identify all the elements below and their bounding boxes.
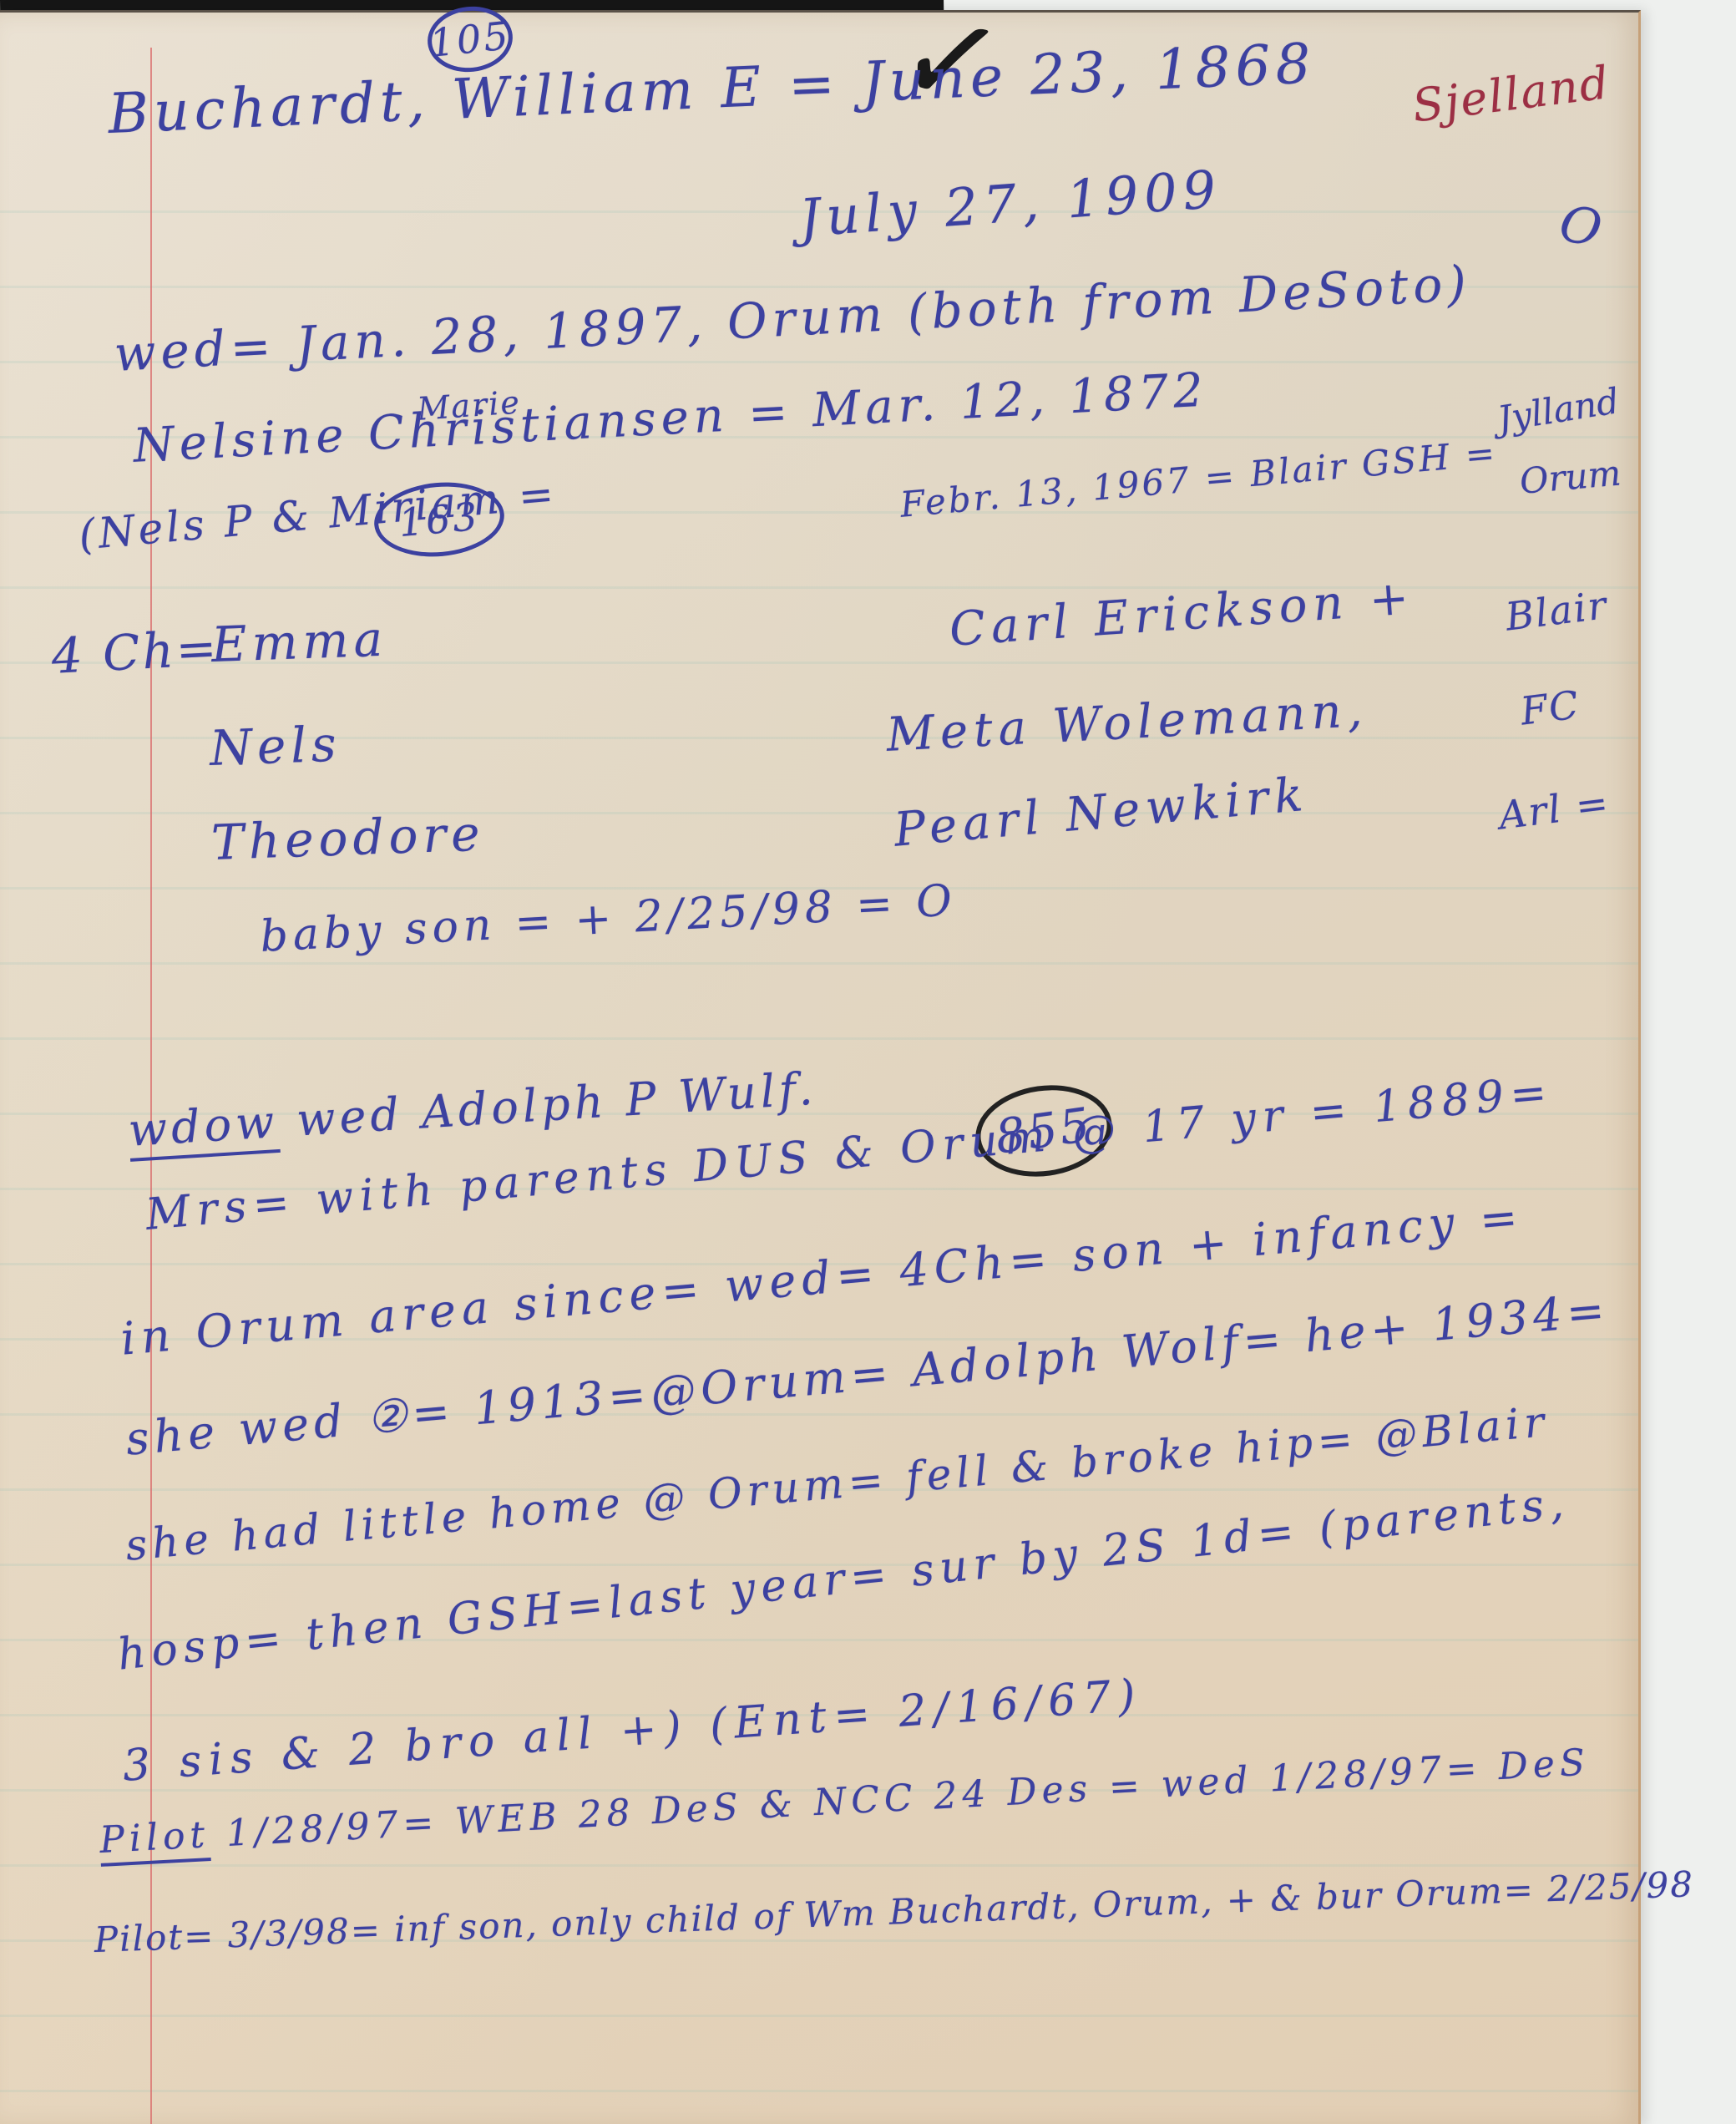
child-name: Theodore [210,805,486,871]
parents-ref-number: 163 [397,494,481,545]
source-name-underlined: Pilot [99,1813,211,1867]
margin-place-note: FC [1518,682,1582,733]
child-name: Emma [210,611,388,673]
page-number: 105 [428,13,513,66]
scanned-notebook-page: { "colors": { "ink_blue": "#3c41a0", "in… [0,0,1736,2124]
children-count-label: 4 Ch= [50,619,220,684]
widow-word-underlined: wdow [127,1095,280,1162]
child-name: Nels [209,716,342,777]
